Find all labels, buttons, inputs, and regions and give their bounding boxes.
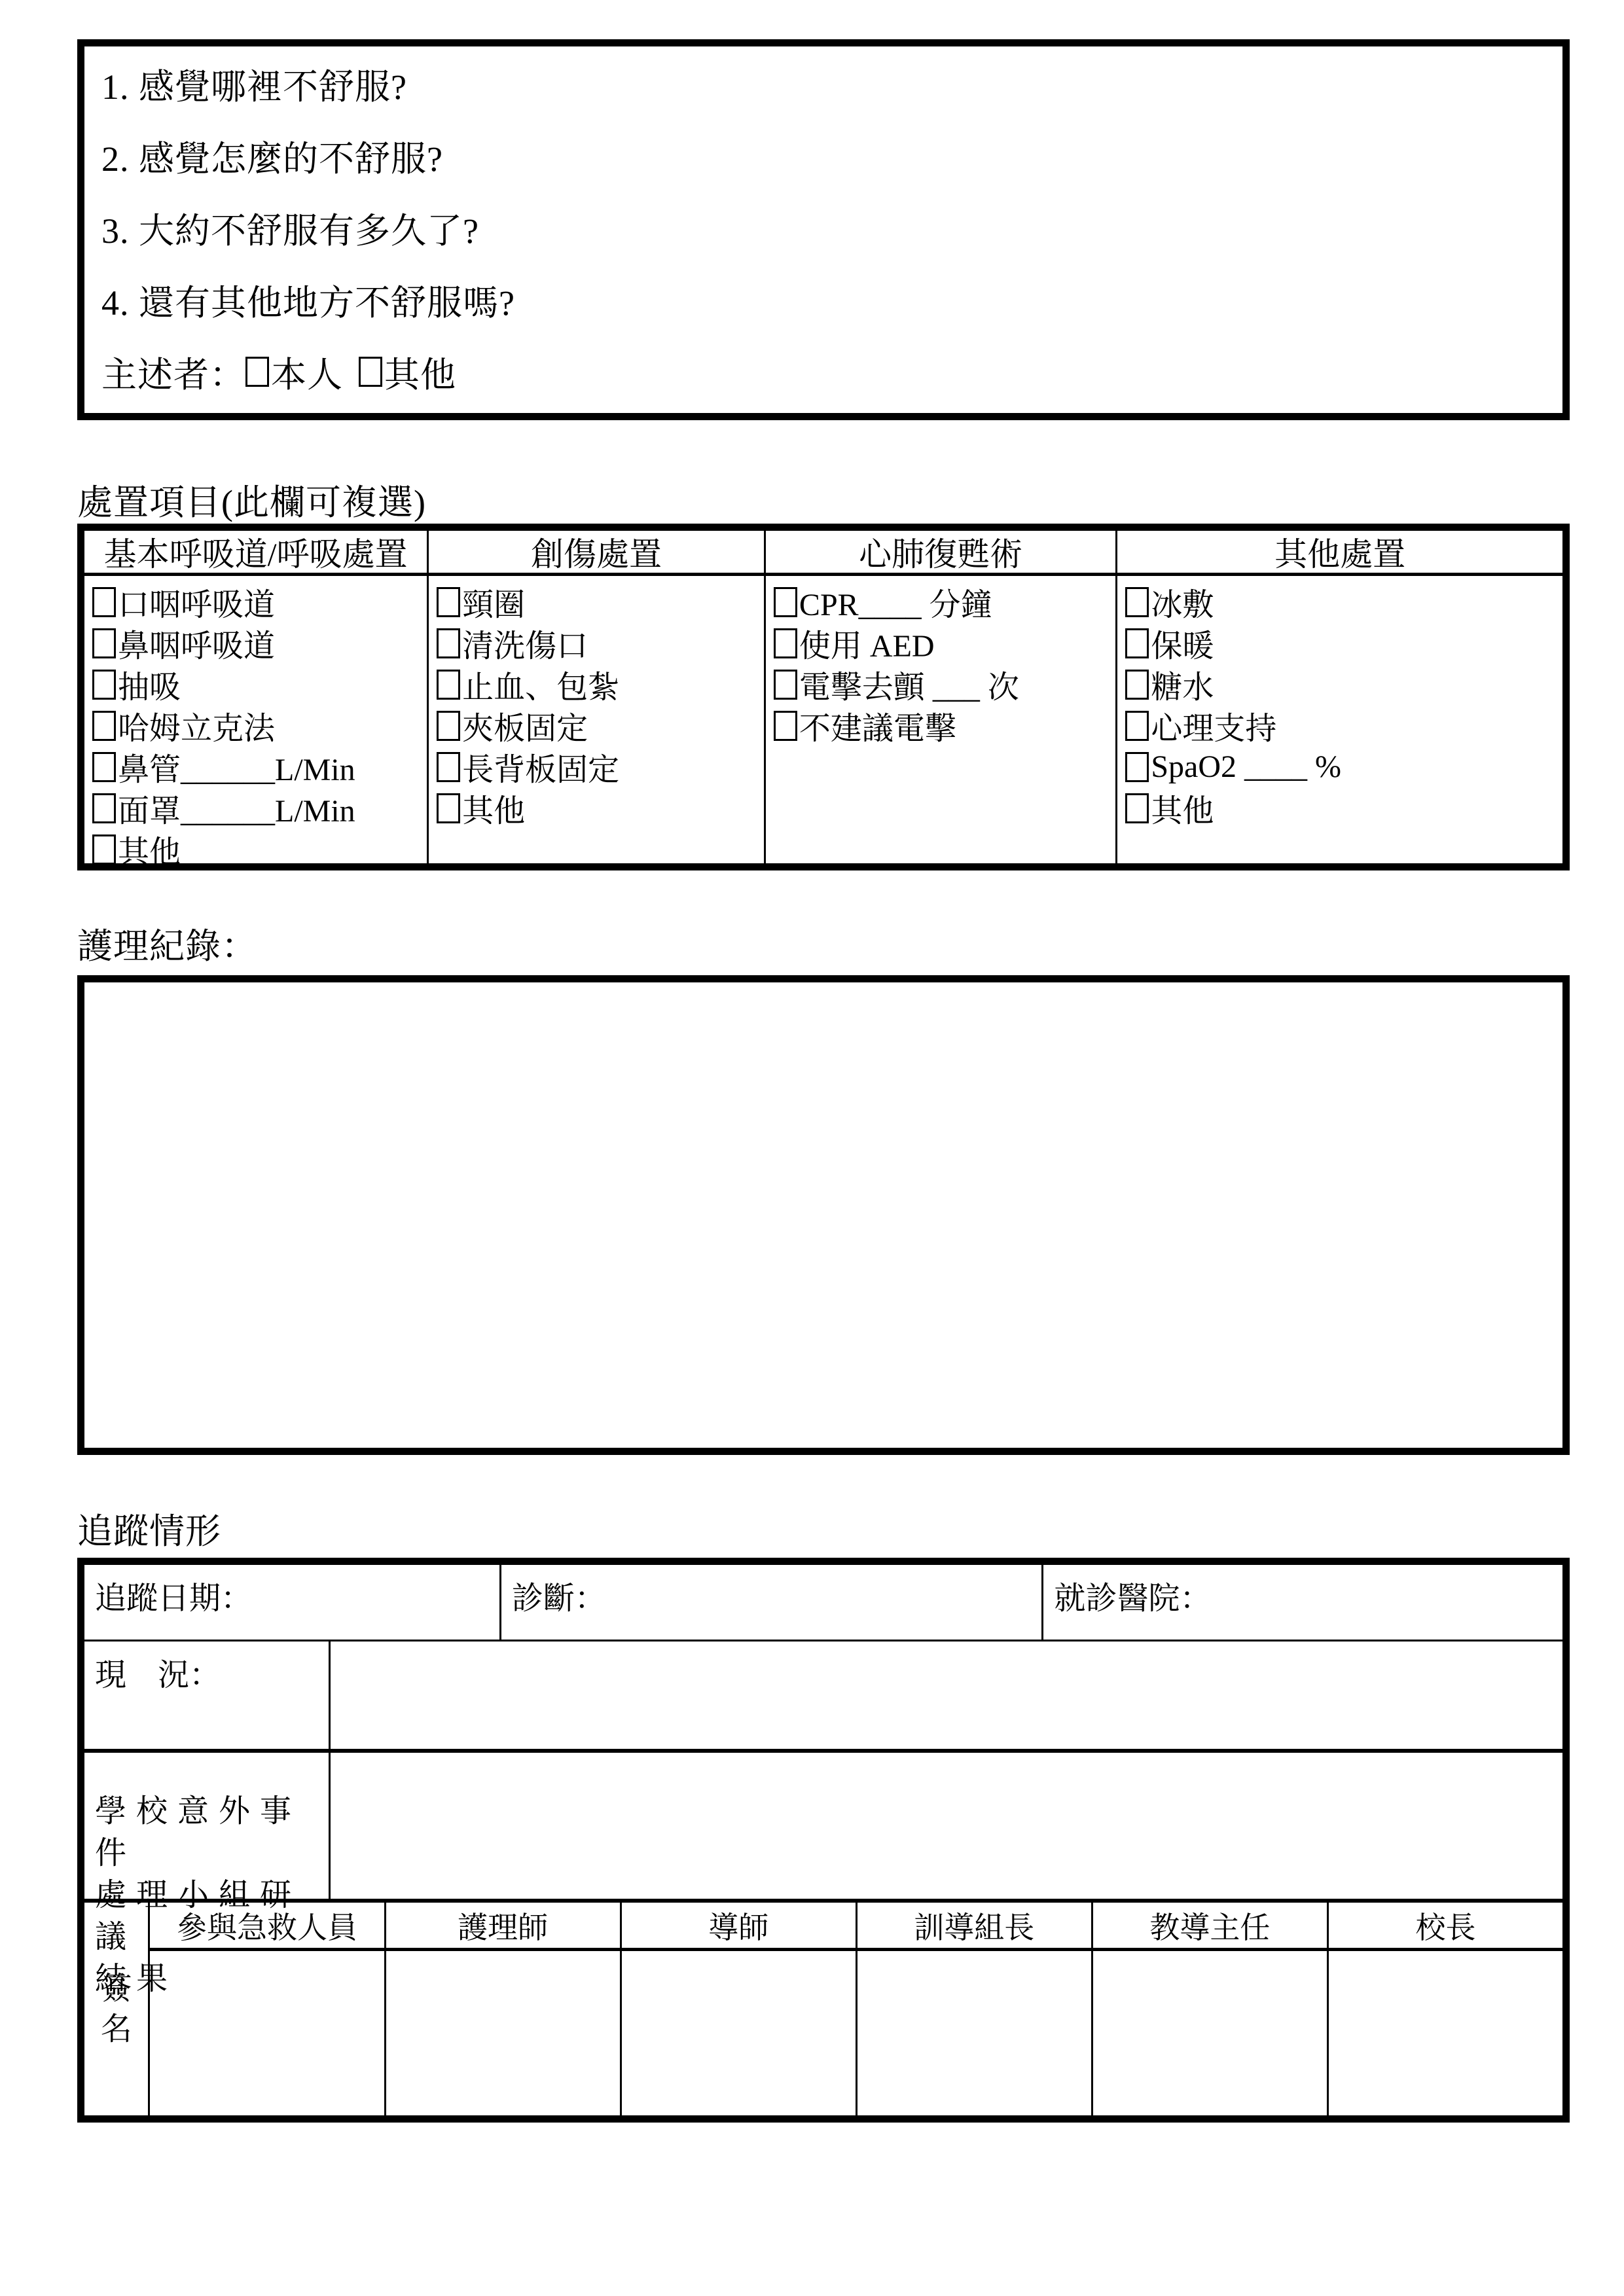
checkbox-sugar[interactable] (1125, 670, 1149, 700)
narrator-option-other: 其他 (359, 347, 456, 397)
checkbox-item-oral-airway: 口咽呼吸道 (92, 581, 427, 622)
question-4: 4. 還有其他地方不舒服嗎? (101, 264, 1549, 336)
item-label: 冰敷 (1151, 579, 1214, 624)
checkbox-other-other[interactable] (1125, 793, 1149, 823)
other-treatment-column: 冰敷 保暖 糖水 心理支持 SpaO2 ____ % 其他 (1117, 576, 1562, 870)
treatment-table-body: 口咽呼吸道 鼻咽呼吸道 抽吸 哈姆立克法 鼻管______L/Min 面罩___… (84, 576, 1562, 870)
item-label: 心理支持 (1151, 703, 1276, 748)
checkbox-item-ice: 冰敷 (1125, 581, 1562, 622)
item-label: 清洗傷口 (462, 620, 588, 666)
followup-table: 追蹤日期： 診斷： 就診醫院： 現 況： 學校意外事件 處理小組研議 結果 簽 … (77, 1558, 1570, 2123)
hospital-label: 就診醫院： (1054, 1581, 1211, 1616)
checkbox-trauma-other[interactable] (437, 793, 460, 823)
treatment-table: 基本呼吸道/呼吸處置 創傷處置 心肺復甦術 其他處置 口咽呼吸道 鼻咽呼吸道 抽… (77, 524, 1570, 870)
checkbox-item-other-other: 其他 (1125, 787, 1562, 829)
signature-header-first-aiders: 參與急救人員 (150, 1903, 386, 1948)
checkbox-narrator-other[interactable] (359, 357, 382, 387)
signature-cell-homeroom-teacher[interactable] (622, 1951, 857, 2115)
checkbox-oral-airway[interactable] (92, 587, 116, 617)
checkbox-item-mask: 面罩______L/Min (92, 787, 427, 829)
followup-date-label: 追蹤日期： (95, 1581, 252, 1616)
followup-date-cell[interactable]: 追蹤日期： (84, 1565, 501, 1640)
nursing-record-title: 護理紀錄： (77, 926, 1570, 967)
followup-row-status: 現 況： (84, 1641, 1562, 1753)
checkbox-cpr[interactable] (774, 587, 797, 617)
item-label: 夾板固定 (462, 703, 588, 748)
followup-title: 追蹤情形 (77, 1511, 1570, 1552)
signature-header-homeroom-teacher: 導師 (622, 1903, 857, 1948)
checkbox-item-psych: 心理支持 (1125, 705, 1562, 746)
checkbox-item-backboard: 長背板固定 (437, 746, 764, 787)
signature-cell-first-aiders[interactable] (150, 1951, 386, 2115)
item-label: 使用 AED (799, 620, 935, 666)
checkbox-hemostasis[interactable] (437, 670, 460, 700)
item-label: SpaO2 ____ % (1151, 749, 1341, 785)
narrator-label: 主述者： (101, 347, 245, 397)
column-header-trauma: 創傷處置 (429, 531, 766, 573)
checkbox-no-shock[interactable] (774, 711, 797, 741)
item-label: 糖水 (1151, 662, 1214, 707)
assessment-questions-box: 1. 感覺哪裡不舒服? 2. 感覺怎麼的不舒服? 3. 大約不舒服有多久了? 4… (77, 39, 1570, 420)
hospital-cell[interactable]: 就診醫院： (1043, 1565, 1562, 1640)
checkbox-nasal-airway[interactable] (92, 628, 116, 658)
followup-row-committee: 學校意外事件 處理小組研議 結果 (84, 1753, 1562, 1903)
narrator-option-self: 本人 (245, 347, 343, 397)
signature-cell-nurse[interactable] (386, 1951, 622, 2115)
item-label: 哈姆立克法 (118, 703, 275, 748)
column-header-cpr: 心肺復甦術 (766, 531, 1117, 573)
signature-input-row (150, 1951, 1562, 2115)
checkbox-wound-clean[interactable] (437, 628, 460, 658)
checkbox-item-spao2: SpaO2 ____ % (1125, 746, 1562, 787)
narrator-line: 主述者： 本人 其他 (101, 336, 1549, 408)
status-input-area[interactable] (331, 1641, 1562, 1749)
narrator-option-other-label: 其他 (384, 347, 456, 397)
checkbox-splint[interactable] (437, 711, 460, 741)
signature-grid: 參與急救人員 護理師 導師 訓導組長 教導主任 校長 (150, 1903, 1562, 2115)
question-3: 3. 大約不舒服有多久了? (101, 192, 1549, 264)
item-label: 抽吸 (118, 662, 181, 707)
checkbox-item-no-shock: 不建議電擊 (774, 705, 1115, 746)
treatment-section-title: 處置項目(此欄可複選) (77, 482, 1570, 524)
cpr-column: CPR____ 分鐘 使用 AED 電擊去顫 ___ 次 不建議電擊 (766, 576, 1117, 870)
diagnosis-label: 診斷： (512, 1581, 606, 1616)
checkbox-item-trauma-other: 其他 (437, 787, 764, 829)
committee-label: 學校意外事件 處理小組研議 結果 (84, 1753, 331, 1899)
checkbox-item-neck-collar: 頸圈 (437, 581, 764, 622)
checkbox-spao2[interactable] (1125, 752, 1149, 782)
checkbox-item-airway-other: 其他 (92, 829, 427, 870)
trauma-column: 頸圈 清洗傷口 止血、包紮 夾板固定 長背板固定 其他 (429, 576, 766, 870)
signature-section: 簽 名 參與急救人員 護理師 導師 訓導組長 教導主任 校長 (84, 1903, 1562, 2115)
signature-label: 簽 名 (84, 1903, 150, 2115)
signature-header-discipline-leader: 訓導組長 (857, 1903, 1093, 1948)
item-label: 鼻咽呼吸道 (118, 620, 275, 666)
checkbox-mask[interactable] (92, 793, 116, 823)
checkbox-item-cpr: CPR____ 分鐘 (774, 581, 1115, 622)
item-label: 止血、包紮 (462, 662, 619, 707)
checkbox-item-heimlich: 哈姆立克法 (92, 705, 427, 746)
column-header-other: 其他處置 (1117, 531, 1562, 573)
item-label: 電擊去顫 ___ 次 (799, 662, 1019, 707)
item-label: CPR____ 分鐘 (799, 579, 992, 624)
checkbox-item-aed: 使用 AED (774, 622, 1115, 664)
form-content: 1. 感覺哪裡不舒服? 2. 感覺怎麼的不舒服? 3. 大約不舒服有多久了? 4… (77, 39, 1570, 2123)
signature-header-nurse: 護理師 (386, 1903, 622, 1948)
checkbox-airway-other[interactable] (92, 834, 116, 865)
checkbox-item-warm: 保暖 (1125, 622, 1562, 664)
checkbox-item-nasal-cannula: 鼻管______L/Min (92, 746, 427, 787)
checkbox-backboard[interactable] (437, 752, 460, 782)
followup-row-basic: 追蹤日期： 診斷： 就診醫院： (84, 1565, 1562, 1641)
checkbox-aed[interactable] (774, 628, 797, 658)
checkbox-item-hemostasis: 止血、包紮 (437, 664, 764, 705)
question-2: 2. 感覺怎麼的不舒服? (101, 120, 1549, 192)
item-label: 面罩______L/Min (118, 785, 355, 831)
signature-cell-principal[interactable] (1329, 1951, 1562, 2115)
checkbox-nasal-cannula[interactable] (92, 752, 116, 782)
checkbox-defib[interactable] (774, 670, 797, 700)
checkbox-item-wound-clean: 清洗傷口 (437, 622, 764, 664)
checkbox-item-sugar: 糖水 (1125, 664, 1562, 705)
signature-header-academic-director: 教導主任 (1093, 1903, 1329, 1948)
checkbox-heimlich[interactable] (92, 711, 116, 741)
nursing-record-input-box[interactable] (77, 975, 1570, 1455)
checkbox-suction[interactable] (92, 670, 116, 700)
treatment-table-header: 基本呼吸道/呼吸處置 創傷處置 心肺復甦術 其他處置 (84, 531, 1562, 576)
first-aid-record-form-page: 1. 感覺哪裡不舒服? 2. 感覺怎麼的不舒服? 3. 大約不舒服有多久了? 4… (0, 0, 1624, 2296)
item-label: 保暖 (1151, 620, 1214, 666)
checkbox-psych[interactable] (1125, 711, 1149, 741)
checkbox-warm[interactable] (1125, 628, 1149, 658)
item-label: 口咽呼吸道 (118, 579, 275, 624)
column-header-airway: 基本呼吸道/呼吸處置 (84, 531, 429, 573)
diagnosis-cell[interactable]: 診斷： (501, 1565, 1044, 1640)
checkbox-ice[interactable] (1125, 587, 1149, 617)
question-1: 1. 感覺哪裡不舒服? (101, 48, 1549, 120)
checkbox-item-defib: 電擊去顫 ___ 次 (774, 664, 1115, 705)
item-label: 鼻管______L/Min (118, 744, 355, 789)
narrator-option-self-label: 本人 (271, 347, 343, 397)
item-label: 其他 (462, 785, 525, 831)
committee-input-area[interactable] (331, 1753, 1562, 1899)
item-label: 長背板固定 (462, 744, 619, 789)
checkbox-item-suction: 抽吸 (92, 664, 427, 705)
checkbox-item-nasal-airway: 鼻咽呼吸道 (92, 622, 427, 664)
status-label: 現 況： (84, 1641, 331, 1749)
item-label: 頸圈 (462, 579, 525, 624)
item-label: 不建議電擊 (799, 703, 956, 748)
signature-header-row: 參與急救人員 護理師 導師 訓導組長 教導主任 校長 (150, 1903, 1562, 1951)
signature-cell-discipline-leader[interactable] (857, 1951, 1093, 2115)
checkbox-item-splint: 夾板固定 (437, 705, 764, 746)
item-label: 其他 (118, 827, 181, 872)
item-label: 其他 (1151, 785, 1214, 831)
signature-cell-academic-director[interactable] (1093, 1951, 1329, 2115)
checkbox-neck-collar[interactable] (437, 587, 460, 617)
checkbox-narrator-self[interactable] (245, 357, 269, 387)
airway-column: 口咽呼吸道 鼻咽呼吸道 抽吸 哈姆立克法 鼻管______L/Min 面罩___… (84, 576, 429, 870)
signature-header-principal: 校長 (1329, 1903, 1562, 1948)
